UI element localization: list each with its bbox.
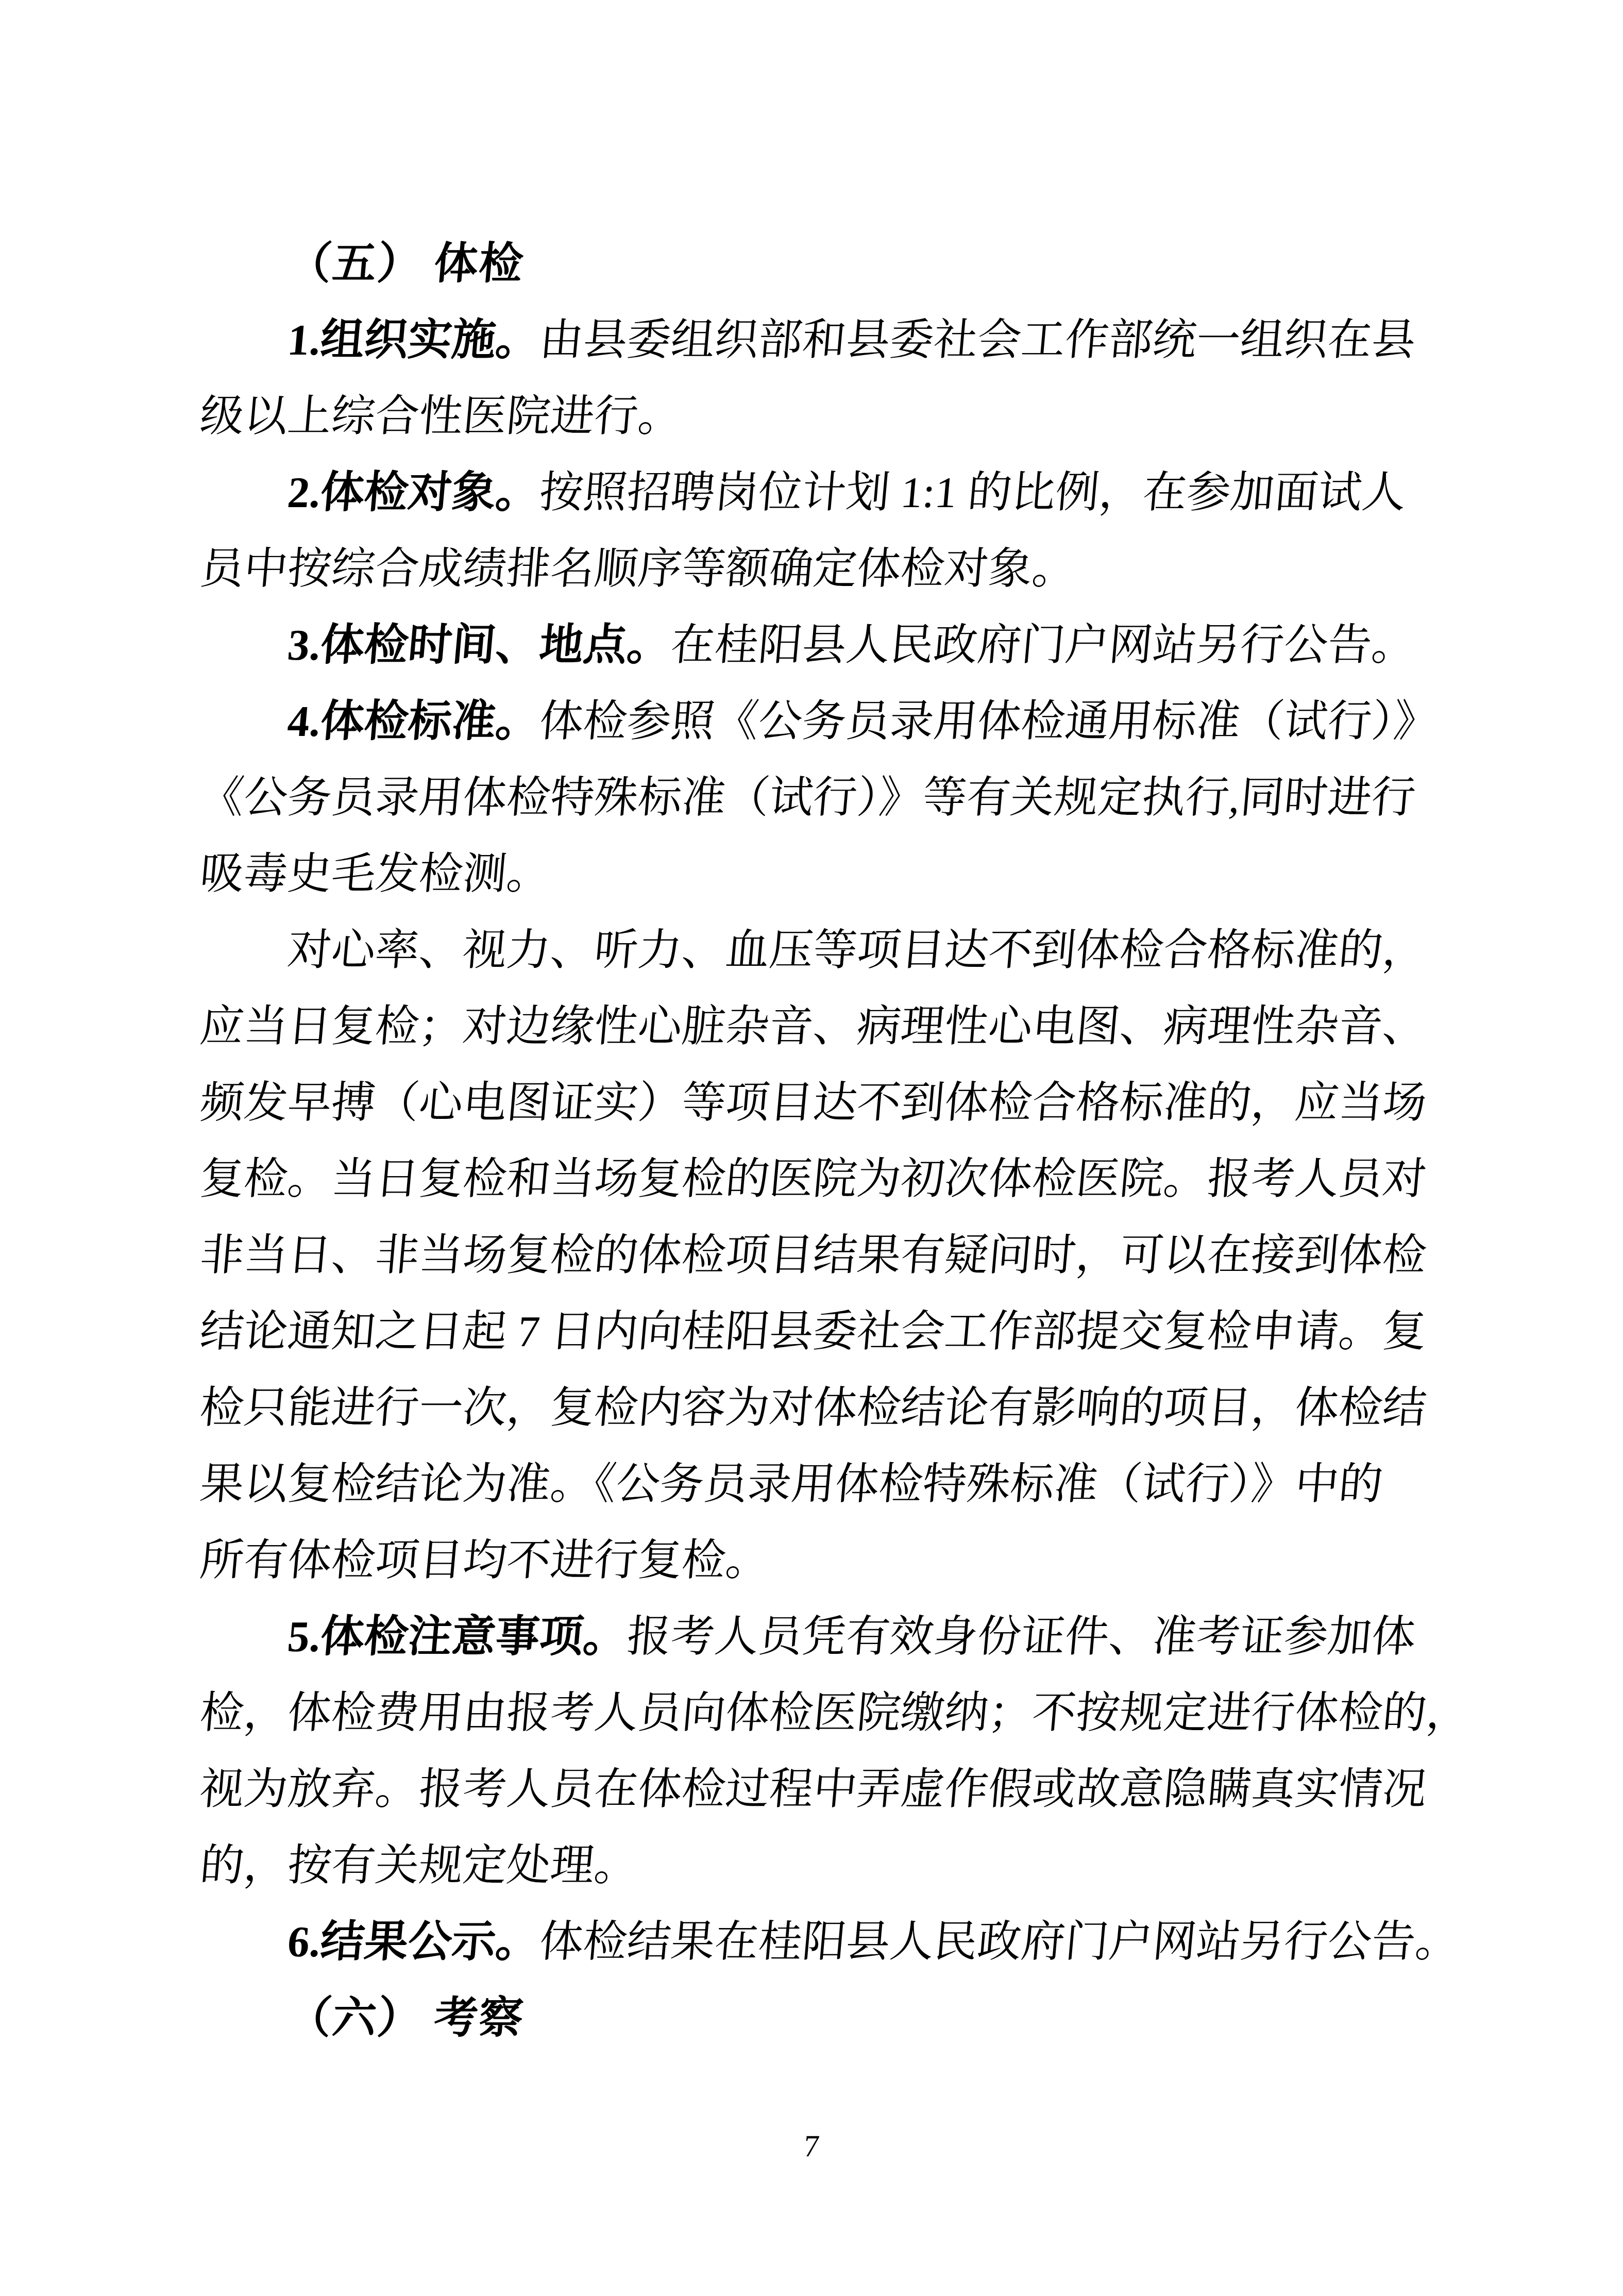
item-label: 6.结果公示。	[285, 1918, 542, 1966]
item-label: 1.组织实施。	[285, 316, 542, 364]
text-line: 级以上综合性医院进行。	[197, 378, 1523, 455]
text-line: 对心率、视力、听力、血压等项目达不到体检合格标准的，	[197, 912, 1523, 988]
text-line: 5.体检注意事项。报考人员凭有效身份证件、准考证参加体	[197, 1599, 1523, 1675]
item-label: 4.体检标准。	[285, 697, 542, 746]
text-line: 所有体检项目均不进行复检。	[197, 1522, 1523, 1599]
text-line: 非当日、非当场复检的体检项目结果有疑问时，可以在接到体检	[197, 1217, 1523, 1294]
section-heading-6: （六） 考察	[197, 1980, 1523, 2056]
document-page: （五） 体检 1.组织实施。由县委组织部和县委社会工作部统一组织在县 级以上综合…	[0, 0, 1623, 2296]
item-label: 3.体检时间、地点。	[285, 621, 673, 669]
text-line: 结论通知之日起 7 日内向桂阳县委社会工作部提交复检申请。复	[197, 1294, 1523, 1370]
text-line: 6.结果公示。体检结果在桂阳县人民政府门户网站另行公告。	[197, 1904, 1523, 1980]
text-line: 视为放弃。报考人员在体检过程中弄虚作假或故意隐瞒真实情况	[197, 1751, 1523, 1828]
text-line: 员中按综合成绩排名顺序等额确定体检对象。	[197, 531, 1523, 607]
text-line: 4.体检标准。体检参照《公务员录用体检通用标准（试行）》	[197, 683, 1523, 760]
text-line: 复检。当日复检和当场复检的医院为初次体检医院。报考人员对	[197, 1141, 1523, 1217]
text-line: 果以复检结论为准。《公务员录用体检特殊标准（试行）》中的	[197, 1446, 1523, 1522]
text-line: 2.体检对象。按照招聘岗位计划 1:1 的比例，在参加面试人	[197, 455, 1523, 531]
text-line: 应当日复检；对边缘性心脏杂音、病理性心电图、病理性杂音、	[197, 988, 1523, 1065]
page-number: 7	[0, 2130, 1623, 2163]
text-line: 吸毒史毛发检测。	[197, 836, 1523, 912]
text-line: 检，体检费用由报考人员向体检医院缴纳；不按规定进行体检的，	[197, 1675, 1523, 1751]
heading-text: （六） 考察	[285, 1994, 526, 2042]
text-line: 的，按有关规定处理。	[197, 1828, 1523, 1904]
text-line: 频发早搏（心电图证实）等项目达不到体检合格标准的，应当场	[197, 1065, 1523, 1141]
heading-text: （五） 体检	[285, 240, 526, 288]
section-heading-5: （五） 体检	[197, 226, 1523, 302]
text-line: 1.组织实施。由县委组织部和县委社会工作部统一组织在县	[197, 302, 1523, 378]
text-line: 检只能进行一次，复检内容为对体检结论有影响的项目，体检结	[197, 1370, 1523, 1446]
text-line: 《公务员录用体检特殊标准（试行）》等有关规定执行,同时进行	[197, 760, 1523, 836]
item-label: 5.体检注意事项。	[285, 1613, 629, 1661]
text-line: 3.体检时间、地点。在桂阳县人民政府门户网站另行公告。	[197, 607, 1523, 683]
item-label: 2.体检对象。	[285, 468, 542, 517]
document-body: （五） 体检 1.组织实施。由县委组织部和县委社会工作部统一组织在县 级以上综合…	[197, 226, 1516, 2056]
